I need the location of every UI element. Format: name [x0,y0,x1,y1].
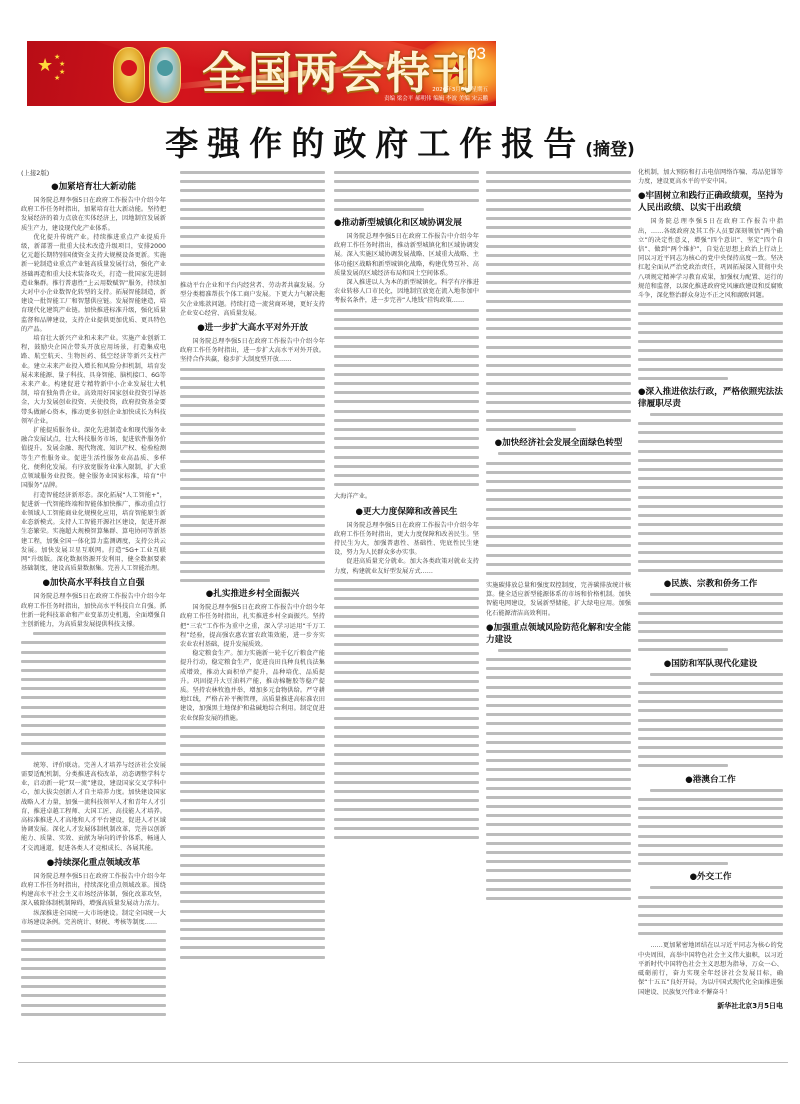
unreadable-text-line [21,678,166,681]
unreadable-text-line [638,368,783,371]
closing-paragraph: ……更加紧密地团结在以习近平同志为核心的党中央周围，高举中国特色社会主义伟大旗帜… [638,941,783,996]
unreadable-text-line [638,377,728,380]
unreadable-text-line [638,322,783,325]
unreadable-text-line [638,505,783,508]
unreadable-text-line [334,171,479,174]
unreadable-text-line [486,750,631,753]
unreadable-text-line [638,612,783,615]
unreadable-text-line [486,722,631,725]
unreadable-text-line [486,364,631,367]
page-title: 李强作的政府工作报告(摘登) [0,118,800,165]
issue-date: 2026年3月6日 星期五 [432,85,488,93]
unreadable-text-line [486,281,631,284]
unreadable-text-line [638,862,728,865]
unreadable-text-line [180,882,325,885]
unreadable-text-line [180,432,325,435]
unreadable-text-line [486,263,631,266]
unreadable-text-line [334,437,479,440]
unreadable-text-line [486,171,631,174]
unreadable-text-line [638,551,783,554]
unreadable-text-line [180,423,325,426]
unreadable-text-line [21,948,166,951]
unreadable-text-line [21,687,166,690]
unreadable-text-line [334,189,479,192]
unreadable-text-line [638,764,728,767]
unreadable-text-line [334,671,479,674]
unreadable-text-line [486,897,631,900]
unreadable-text-line [334,661,479,664]
unreadable-text-line [334,643,479,646]
unreadable-text-line [180,515,325,518]
unreadable-text-line [486,471,631,474]
unreadable-text-line [486,428,576,431]
unreadable-text-line [486,336,631,339]
section-heading: ●加快高水平科技自立自强 [21,577,166,589]
unreadable-text-line [638,719,783,722]
unreadable-text-line [180,533,325,536]
unreadable-text-line [334,808,479,811]
section-lead: 国务院总理李强5日在政府工作报告中介绍今年政府工作任务时指出，更大力度保障和改善… [334,521,479,558]
paragraph: 实施碳排放总量和强度双控制度，完善碳排放统计核算。健全适应新型能源体系的市场和价… [486,581,631,618]
unreadable-text-line [180,404,325,407]
unreadable-text-line [180,377,325,380]
unreadable-text-line [486,498,631,501]
section-heading: ●更大力度保障和改善民生 [334,506,479,518]
unreadable-text-line [638,755,783,758]
paragraph: 统筹、评价联动。完善人才培养与经济社会发展需要适配机制，分类推进高校改革，动态调… [21,761,166,853]
unreadable-text-line [334,199,479,202]
unreadable-text-line [180,753,325,756]
unreadable-text-line [21,967,166,970]
unreadable-text-line [638,303,783,306]
unreadable-text-line [638,358,783,361]
unreadable-text-line [21,733,166,736]
unreadable-text-line [650,593,783,596]
unreadable-text-line [334,474,479,477]
unreadable-text-line [486,787,631,790]
unreadable-text-line [486,535,631,538]
unreadable-text-line [334,772,479,775]
unreadable-text-line [180,818,325,821]
unreadable-text-line [21,696,166,699]
unreadable-text-line [334,652,479,655]
unreadable-text-line [638,422,783,425]
column-3: ●推动新型城镇化和区域协调发展 国务院总理李强5日在政府工作报告中介绍今年政府工… [334,168,479,1068]
unreadable-text-line [334,355,479,358]
section-heading: ●国防和军队现代化建设 [638,658,783,670]
unreadable-text-line [486,208,631,211]
unreadable-text-line [180,763,325,766]
unreadable-text-line [180,561,325,564]
unreadable-text-line [638,532,783,535]
paragraph: 促进高质量充分就业。加大各类政策对就业支持力度，构建就业友好型发展方式…… [334,557,479,575]
unreadable-text-line [180,809,325,812]
unreadable-text-line [638,450,783,453]
unreadable-text-line [638,331,783,334]
unreadable-text-line [486,355,631,358]
unreadable-text-line [180,845,325,848]
unreadable-text-line [638,746,783,749]
unreadable-text-line [180,919,325,922]
unreadable-text-line [180,772,325,775]
unreadable-text-line [334,717,479,720]
unreadable-text-line [486,805,631,808]
unreadable-text-line [180,386,325,389]
unreadable-text-line [334,309,479,312]
section-heading: ●民族、宗教和侨务工作 [638,578,783,590]
unreadable-text-line [638,542,783,545]
unreadable-text-line [21,930,166,933]
unreadable-text-line [650,413,783,416]
unreadable-text-line [180,579,270,582]
unreadable-text-line [486,245,631,248]
unreadable-text-line [334,428,479,431]
unreadable-text-line [21,651,166,654]
unreadable-text-line [486,713,631,716]
paragraph: 深入推进以人为本的新型城镇化。科学有序推进农业转移人口市民化，因地制宜放宽在流入… [334,278,479,306]
section-heading: ●加紧培育壮大新动能 [21,181,166,193]
unreadable-text-line [334,180,479,183]
unreadable-text-line [486,796,631,799]
section-heading: ●扎实推进乡村全面振兴 [180,588,325,600]
unreadable-text-line [486,860,631,863]
column-5: 化机制，加大预防和打击电信网络诈骗、毒品犯罪等力度，建设更高水平的平安中国。 ●… [638,168,783,1068]
unreadable-text-line [180,395,325,398]
paragraph: 大海洋产业。 [334,492,479,501]
unreadable-text-line [638,639,783,642]
unreadable-text-line [638,569,783,572]
editor-credits: 责编 梁会平 郝明伟 编辑 李波 美编 宋云鹏 [384,94,488,102]
cppcc-emblem-icon [149,47,181,103]
unreadable-text-line [486,318,631,321]
unreadable-text-line [486,489,631,492]
unreadable-text-line [486,462,631,465]
unreadable-text-line [334,625,479,628]
unreadable-text-line [180,799,325,802]
unreadable-text-line [638,477,783,480]
unreadable-text-line [498,649,631,652]
unreadable-text-line [486,888,631,891]
unreadable-text-line [180,496,325,499]
section-heading: ●港澳台工作 [638,774,783,786]
unreadable-text-line [180,873,325,876]
unreadable-text-line [21,1013,166,1016]
unreadable-text-line [334,707,479,710]
five-star-flag-icon: ★ ★ ★ ★ ★ [35,49,75,89]
unreadable-text-line [486,382,631,385]
unreadable-text-line [486,695,631,698]
page-number: 03 [467,44,486,64]
unreadable-text-line [180,469,325,472]
unreadable-text-line [486,517,631,520]
section-lead: 国务院总理李强5日在政府工作报告中介绍今年政府工作任务时指出，推动新型城镇化和区… [334,232,479,278]
headline-suffix: (摘登) [585,140,635,160]
unreadable-text-line [638,691,783,694]
unreadable-text-line [638,896,783,899]
unreadable-text-line [334,726,479,729]
svg-text:★: ★ [54,74,60,82]
unreadable-text-line [21,976,166,979]
unreadable-text-line [334,615,479,618]
unreadable-text-line [638,496,783,499]
unreadable-text-line [21,1004,166,1007]
svg-text:★: ★ [59,60,65,68]
unreadable-text-line [21,660,166,663]
column-4: ●加快经济社会发展全面绿色转型 实施碳排放总量和强度双控制度，完善碳排放统计核算… [486,168,631,1068]
unreadable-text-line [486,346,631,349]
unreadable-text-line [486,290,631,293]
unreadable-text-line [486,309,631,312]
unreadable-text-line [180,368,325,371]
unreadable-text-line [486,554,631,557]
paragraph: 纵深推进全国统一大市场建设。制定全国统一大市场建设条例。完善统计、财税、考核等制… [21,909,166,927]
unreadable-text-line [21,742,166,745]
section-lead: 国务院总理李强5日在政府工作报告中介绍今年政府工作任务时指出，加快高水平科技自立… [21,592,166,629]
section-lead: 国务院总理李强5日在政府工作报告中介绍今年政府工作任务时指出，加紧培育壮大新动能… [21,196,166,233]
unreadable-text-line [334,364,479,367]
unreadable-text-line [638,700,783,703]
unreadable-text-line [638,825,783,828]
unreadable-text-line [486,300,631,303]
unreadable-text-line [638,468,783,471]
section-heading: ●进一步扩大高水平对外开放 [180,322,325,334]
unreadable-text-line [486,544,631,547]
section-heading: ●外交工作 [638,871,783,883]
unreadable-text-line [180,854,325,857]
unreadable-text-line [21,994,166,997]
unreadable-text-line [334,799,479,802]
unreadable-text-line [486,199,631,202]
unreadable-text-line [180,551,325,554]
unreadable-text-line [33,632,166,635]
column-1: (上接2版) ●加紧培育壮大新动能 国务院总理李强5日在政府工作报告中介绍今年政… [21,168,166,1068]
section-lead: 国务院总理李强5日在政府工作报告中指出，……各级政府及其工作人员要深刻领悟“两个… [638,217,783,300]
unreadable-text-line [180,460,325,463]
unreadable-text-line [334,744,479,747]
unreadable-text-line [334,456,479,459]
unreadable-text-line [486,741,631,744]
unreadable-text-line [486,686,631,689]
unreadable-text-line [21,985,166,988]
unreadable-text-line [486,401,631,404]
unreadable-text-line [334,634,479,637]
unreadable-text-line [334,606,479,609]
unreadable-text-line [638,648,728,651]
unreadable-text-line [486,508,631,511]
paragraph: 稳定粮食生产。加力实施新一轮千亿斤粮食产能提升行动，稳定粮食生产，促进良田良种良… [180,649,325,723]
section-heading: ●推动新型城镇化和区域协调发展 [334,217,479,229]
unreadable-text-line [486,189,631,192]
unreadable-text-line [638,682,783,685]
unreadable-text-line [334,327,479,330]
unreadable-text-line [180,542,325,545]
svg-text:★: ★ [37,55,53,76]
unreadable-text-line [486,373,631,376]
unreadable-text-line [180,414,325,417]
unreadable-text-line [334,483,479,486]
unreadable-text-line [486,778,631,781]
unreadable-text-line [334,373,479,376]
headline-main: 李强作的政府工作报告 [165,124,585,163]
unreadable-text-line [180,245,325,248]
unreadable-text-line [180,450,325,453]
unreadable-text-line [638,807,783,810]
unreadable-text-line [180,827,325,830]
unreadable-text-line [334,345,479,348]
unreadable-text-line [334,790,479,793]
unreadable-text-line [334,446,479,449]
unreadable-text-line [486,272,631,275]
unreadable-text-line [486,480,631,483]
unreadable-text-line [180,836,325,839]
continued-from-label: (上接2版) [21,168,166,177]
unreadable-text-line [486,217,631,220]
unreadable-text-line [486,851,631,854]
unreadable-text-line [180,199,325,202]
unreadable-text-line [638,459,783,462]
paragraph: 化机制，加大预防和打击电信网络诈骗、毒品犯罪等力度，建设更高水平的平安中国。 [638,168,783,186]
unreadable-text-line [638,602,783,605]
unreadable-text-line [21,958,166,961]
unreadable-text-line [638,905,783,908]
unreadable-text-line [334,689,479,692]
unreadable-text-line [638,923,783,926]
unreadable-text-line [21,669,166,672]
unreadable-text-line [180,478,325,481]
unreadable-text-line [180,441,325,444]
unreadable-text-line [180,524,325,527]
unreadable-text-line [334,465,479,468]
unreadable-text-line [498,452,631,455]
unreadable-text-line [650,886,783,889]
unreadable-text-line [180,208,325,211]
unreadable-text-line [21,939,166,942]
unreadable-text-line [180,900,325,903]
unreadable-text-line [334,818,479,821]
unreadable-text-line [180,937,325,940]
unreadable-text-line [180,790,325,793]
unreadable-text-line [486,732,631,735]
unreadable-text-line [486,667,631,670]
unreadable-text-line [180,735,325,738]
article-body: (上接2版) ●加紧培育壮大新动能 国务院总理李强5日在政府工作报告中介绍今年政… [18,168,788,1088]
unreadable-text-line [180,781,325,784]
unreadable-text-line [638,853,783,856]
unreadable-text-line [334,597,479,600]
unreadable-text-line [638,630,783,633]
section-lead: 国务院总理李强5日在政府工作报告中介绍今年政府工作任务时指出，持续深化重点领域改… [21,872,166,909]
unreadable-text-line [180,505,325,508]
section-lead: 国务院总理李强5日在政府工作报告中介绍今年政府工作任务时指出，扎实推进乡村全面振… [180,603,325,649]
unreadable-text-line [334,208,424,211]
unreadable-text-line [486,823,631,826]
unreadable-text-line [180,189,325,192]
unreadable-text-line [486,572,631,575]
unreadable-text-line [486,180,631,183]
unreadable-text-line [180,864,325,867]
unreadable-text-line [334,781,479,784]
unreadable-text-line [21,724,166,727]
unreadable-text-line [180,254,325,257]
unreadable-text-line [334,382,479,385]
paragraph: 优化提升传统产业。持续推进重点产业提质升级，新部署一批重大技术改造升级项目，安排… [21,233,166,334]
unreadable-text-line [650,789,783,792]
unreadable-text-line [180,956,325,959]
unreadable-text-line [486,419,631,422]
paragraph: 扩能提质服务业。深化先进制造业和现代服务业融合发展试点，壮大科技服务市场，促进软… [21,426,166,490]
news-agency-dateline: 新华社北京3月5日电 [638,1001,783,1011]
section-heading: ●持续深化重点领域改革 [21,857,166,869]
unreadable-text-line [638,798,783,801]
unreadable-text-line [486,833,631,836]
unreadable-text-line [21,706,166,709]
unreadable-text-line [334,410,479,413]
unreadable-text-line [638,431,783,434]
unreadable-text-line [638,728,783,731]
unreadable-text-line [638,349,783,352]
unreadable-text-line [638,816,783,819]
unreadable-text-line [486,254,631,257]
unreadable-text-line [180,487,325,490]
unreadable-text-line [334,698,479,701]
section-heading: ●深入推进依法行政，严格依照宪法法律履职尽责 [638,386,783,410]
unreadable-text-line [638,560,783,563]
section-heading: ●牢固树立和践行正确政绩观，坚持为人民出政绩、以实干出政绩 [638,190,783,214]
unreadable-text-line [486,658,631,661]
unreadable-text-line [486,768,631,771]
unreadable-text-line [638,440,783,443]
unreadable-text-line [180,744,325,747]
unreadable-text-line [638,312,783,315]
unreadable-text-line [486,410,631,413]
unreadable-text-line [638,914,783,917]
bottom-divider [18,1062,788,1063]
unreadable-text-line [21,641,166,644]
unreadable-text-line [638,844,783,847]
unreadable-text-line [180,910,325,913]
unreadable-text-line [334,579,479,582]
unreadable-text-line [180,272,325,275]
unreadable-text-line [334,336,479,339]
unreadable-text-line [334,318,479,321]
unreadable-text-line [638,932,783,935]
unreadable-text-line [486,526,631,529]
unreadable-text-line [486,235,631,238]
section-heading: ●加快经济社会发展全面绿色转型 [486,437,631,449]
unreadable-text-line [334,836,479,839]
unreadable-text-line [334,735,479,738]
unreadable-text-line [486,842,631,845]
unreadable-text-line [180,891,325,894]
unreadable-text-line [638,523,783,526]
unreadable-text-line [180,226,325,229]
unreadable-text-line [334,391,479,394]
unreadable-text-line [486,226,631,229]
unreadable-text-line [180,726,325,729]
unreadable-text-line [334,588,479,591]
unreadable-text-line [334,762,479,765]
unreadable-text-line [180,570,325,573]
unreadable-text-line [486,869,631,872]
unreadable-text-line [334,680,479,683]
unreadable-text-line [486,563,631,566]
national-emblem-icon [113,47,145,103]
unreadable-text-line [180,946,325,949]
unreadable-text-line [486,676,631,679]
unreadable-text-line [180,217,325,220]
unreadable-text-line [334,419,479,422]
column-2: 推动平台企业和平台内经营者、劳动者共赢发展。分型分类精准帮扶个体工商户发展。下更… [180,168,325,1068]
